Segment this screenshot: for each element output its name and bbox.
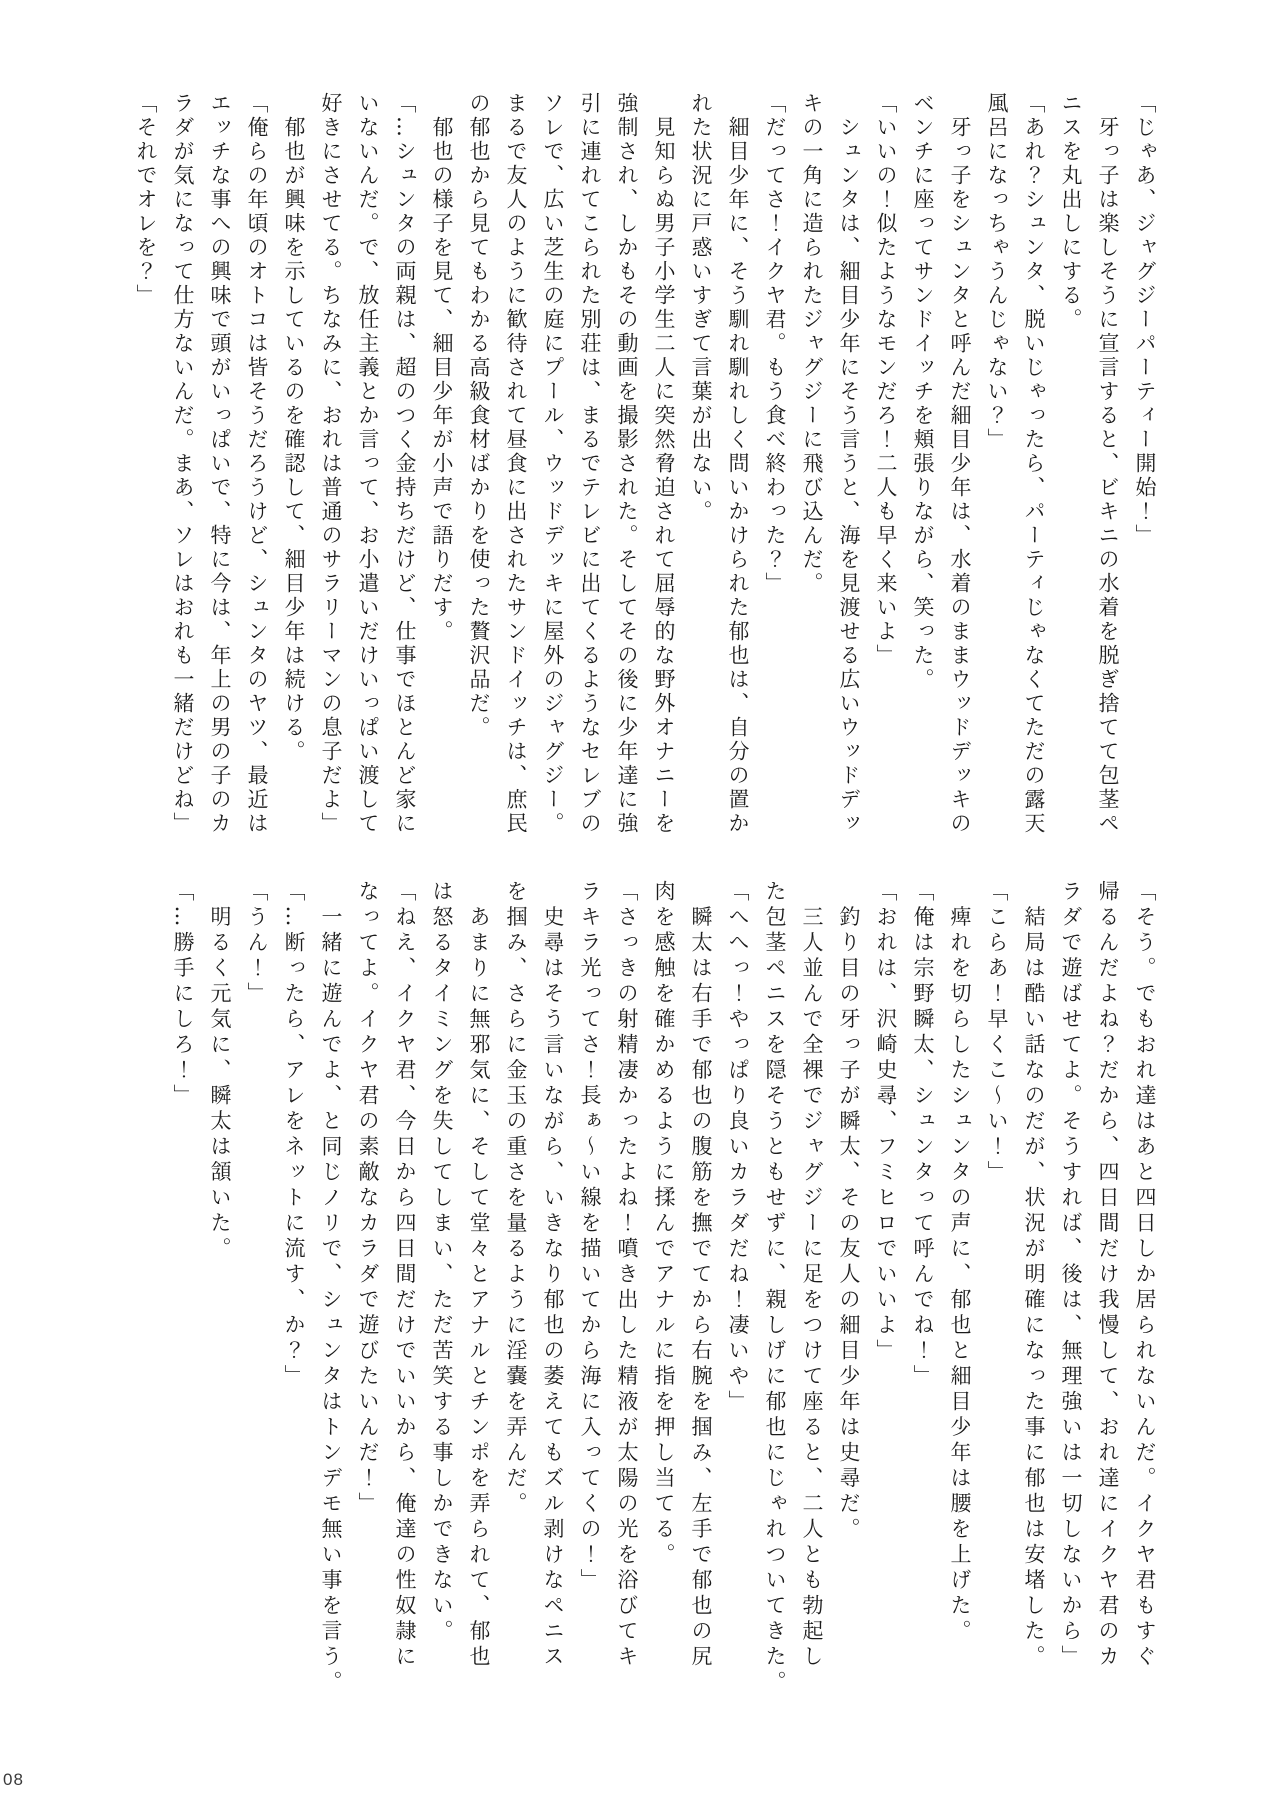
text-line: 好きにさせてる。ちなみに、おれは普通のサラリーマンの息子だよ」 xyxy=(312,92,349,874)
text-line: 「…シュンタの両親は、超のつく金持ちだけど、仕事でほとんど家に xyxy=(386,92,423,874)
vertical-text-block-bottom: 「そう。でもおれ達はあと四日しか居られないんだ。イクヤ君もすぐ帰るんだよね？だか… xyxy=(164,880,1163,1712)
vertical-text-block-top: 「じゃあ、ジャグジーパーティー開始！」 牙っ子は楽しそうに宣言すると、ビキニの水… xyxy=(127,92,1163,874)
paragraph: 「いいの！似たようなモンだろ！二人も早く来いよ」 xyxy=(867,92,904,874)
text-line: 「…断ったら、アレをネットに流す、か？」 xyxy=(275,880,312,1712)
document-page: { "document": { "page_number": "08", "to… xyxy=(0,0,1280,1807)
text-line: の郁也から見てもわかる高級食材ばかりを使った贅沢品だ。 xyxy=(460,92,497,874)
paragraph: 明るく元気に、瞬太は頷いた。 xyxy=(201,880,238,1712)
text-line: 風呂になっちゃうんじゃない？」 xyxy=(978,92,1015,874)
text-line: 「こらあ！早くこ〜い！」 xyxy=(978,880,1015,1712)
text-line: は怒るタイミングを失してしまい、ただ苦笑する事しかできない。 xyxy=(423,880,460,1712)
paragraph: あまりに無邪気に、そして堂々とアナルとチンポを弄られて、郁也は怒るタイミングを失… xyxy=(423,880,497,1712)
text-line: 史尋はそう言いながら、いきなり郁也の萎えてもズル剥けなペニス xyxy=(534,880,571,1712)
paragraph: 一緒に遊んでよ、と同じノリで、シュンタはトンデモ無い事を言う。 xyxy=(312,880,349,1712)
paragraph: 「…シュンタの両親は、超のつく金持ちだけど、仕事でほとんど家にいないんだ。で、放… xyxy=(312,92,423,874)
paragraph: 「そう。でもおれ達はあと四日しか居られないんだ。イクヤ君もすぐ帰るんだよね？だか… xyxy=(1052,880,1163,1712)
paragraph: 細目少年に、そう馴れ馴れしく問いかけられた郁也は、自分の置かれた状況に戸惑いすぎ… xyxy=(682,92,756,874)
paragraph: 釣り目の牙っ子が瞬太、その友人の細目少年は史尋だ。 xyxy=(830,880,867,1712)
paragraph: 「俺らの年頃のオトコは皆そうだろうけど、シュンタのヤツ、最近はエッチな事への興味… xyxy=(164,92,275,874)
text-line: 「だってさ！イクヤ君。もう食べ終わった？」 xyxy=(756,92,793,874)
paragraph: 「こらあ！早くこ〜い！」 xyxy=(978,880,1015,1712)
text-line: 引に連れてこられた別荘は、まるでテレビに出てくるようなセレブの xyxy=(571,92,608,874)
paragraph: 「俺は宗野瞬太、シュンタって呼んでね！」 xyxy=(904,880,941,1712)
text-line: 「あれ？シュンタ、脱いじゃったら、パーティじゃなくてただの露天 xyxy=(1015,92,1052,874)
paragraph: 見知らぬ男子小学生二人に突然脅迫されて屈辱的な野外オナニーを強制され、しかもその… xyxy=(460,92,682,874)
text-line: 「おれは、沢崎史尋、フミヒロでいいよ」 xyxy=(867,880,904,1712)
paragraph: 「だってさ！イクヤ君。もう食べ終わった？」 xyxy=(756,92,793,874)
paragraph: 瞬太は右手で郁也の腹筋を撫でてから右腕を掴み、左手で郁也の尻肉を感触を確かめるよ… xyxy=(645,880,719,1712)
text-line: 「そう。でもおれ達はあと四日しか居られないんだ。イクヤ君もすぐ xyxy=(1126,880,1163,1712)
text-line: エッチな事への興味で頭がいっぱいで、特に今は、年上の男の子のカ xyxy=(201,92,238,874)
paragraph: 「さっきの射精凄かったよね！噴き出した精液が太陽の光を浴びてキラキラ光ってさ！長… xyxy=(571,880,645,1712)
paragraph: 牙っ子をシュンタと呼んだ細目少年は、水着のままウッドデッキのベンチに座ってサンド… xyxy=(904,92,978,874)
paragraph: 「あれ？シュンタ、脱いじゃったら、パーティじゃなくてただの露天風呂になっちゃうん… xyxy=(978,92,1052,874)
text-line: ラダが気になって仕方ないんだ。まあ、ソレはおれも一緒だけどね」 xyxy=(164,92,201,874)
text-line: キの一角に造られたジャグジーに飛び込んだ。 xyxy=(793,92,830,874)
text-line: 一緒に遊んでよ、と同じノリで、シュンタはトンデモ無い事を言う。 xyxy=(312,880,349,1712)
text-line: ベンチに座ってサンドイッチを頬張りながら、笑った。 xyxy=(904,92,941,874)
text-line: 肉を感触を確かめるように揉んでアナルに指を押し当てる。 xyxy=(645,880,682,1712)
paragraph: 「おれは、沢崎史尋、フミヒロでいいよ」 xyxy=(867,880,904,1712)
text-line: れた状況に戸惑いすぎて言葉が出ない。 xyxy=(682,92,719,874)
paragraph: シュンタは、細目少年にそう言うと、海を見渡せる広いウッドデッキの一角に造られたジ… xyxy=(793,92,867,874)
text-line: 郁也の様子を見て、細目少年が小声で語りだす。 xyxy=(423,92,460,874)
paragraph: 「それでオレを？」 xyxy=(127,92,164,874)
text-line: 「いいの！似たようなモンだろ！二人も早く来いよ」 xyxy=(867,92,904,874)
text-line: 痺れを切らしたシュンタの声に、郁也と細目少年は腰を上げた。 xyxy=(941,880,978,1712)
text-line: 「うん！」 xyxy=(238,880,275,1712)
text-line: あまりに無邪気に、そして堂々とアナルとチンポを弄られて、郁也 xyxy=(460,880,497,1712)
page-number: 08 xyxy=(3,1770,24,1790)
paragraph: 「ねえ、イクヤ君、今日から四日間だけでいいから、俺達の性奴隷になってよ。イクヤ君… xyxy=(349,880,423,1712)
text-line: 牙っ子をシュンタと呼んだ細目少年は、水着のままウッドデッキの xyxy=(941,92,978,874)
paragraph: 郁也の様子を見て、細目少年が小声で語りだす。 xyxy=(423,92,460,874)
text-line: 釣り目の牙っ子が瞬太、その友人の細目少年は史尋だ。 xyxy=(830,880,867,1712)
paragraph: 結局は酷い話なのだが、状況が明確になった事に郁也は安堵した。 xyxy=(1015,880,1052,1712)
paragraph: 痺れを切らしたシュンタの声に、郁也と細目少年は腰を上げた。 xyxy=(941,880,978,1712)
text-line: 見知らぬ男子小学生二人に突然脅迫されて屈辱的な野外オナニーを xyxy=(645,92,682,874)
text-line: 三人並んで全裸でジャグジーに足をつけて座ると、二人とも勃起し xyxy=(793,880,830,1712)
text-line: た包茎ペニスを隠そうともせずに、親しげに郁也にじゃれついてきた。 xyxy=(756,880,793,1712)
text-line: 帰るんだよね？だから、四日間だけ我慢して、おれ達にイクヤ君のカ xyxy=(1089,880,1126,1712)
paragraph: 郁也が興味を示しているのを確認して、細目少年は続ける。 xyxy=(275,92,312,874)
text-line: ラダで遊ばせてよ。そうすれば、後は、無理強いは一切しないから」 xyxy=(1052,880,1089,1712)
text-line: 「ねえ、イクヤ君、今日から四日間だけでいいから、俺達の性奴隷に xyxy=(386,880,423,1712)
paragraph: 「…勝手にしろ！」 xyxy=(164,880,201,1712)
paragraph: 「…断ったら、アレをネットに流す、か？」 xyxy=(275,880,312,1712)
text-line: 強制され、しかもその動画を撮影された。そしてその後に少年達に強 xyxy=(608,92,645,874)
text-line: 「へへっ！やっぱり良いカラダだね！凄いや」 xyxy=(719,880,756,1712)
text-line: ニスを丸出しにする。 xyxy=(1052,92,1089,874)
text-line: 「俺は宗野瞬太、シュンタって呼んでね！」 xyxy=(904,880,941,1712)
text-line: 「俺らの年頃のオトコは皆そうだろうけど、シュンタのヤツ、最近は xyxy=(238,92,275,874)
text-line: 細目少年に、そう馴れ馴れしく問いかけられた郁也は、自分の置か xyxy=(719,92,756,874)
text-line: 「…勝手にしろ！」 xyxy=(164,880,201,1712)
text-line: いないんだ。で、放任主義とか言って、お小遣いだけいっぱい渡して xyxy=(349,92,386,874)
text-line: 牙っ子は楽しそうに宣言すると、ビキニの水着を脱ぎ捨てて包茎ペ xyxy=(1089,92,1126,874)
paragraph: 史尋はそう言いながら、いきなり郁也の萎えてもズル剥けなペニスを掴み、さらに金玉の… xyxy=(497,880,571,1712)
text-line: ラキラ光ってさ！長ぁ〜い線を描いてから海に入ってくの！」 xyxy=(571,880,608,1712)
text-line: なってよ。イクヤ君の素敵なカラダで遊びたいんだ！」 xyxy=(349,880,386,1712)
paragraph: 牙っ子は楽しそうに宣言すると、ビキニの水着を脱ぎ捨てて包茎ペニスを丸出しにする。 xyxy=(1052,92,1126,874)
text-line: 明るく元気に、瞬太は頷いた。 xyxy=(201,880,238,1712)
text-line: まるで友人のように歓待されて昼食に出されたサンドイッチは、庶民 xyxy=(497,92,534,874)
text-line: 瞬太は右手で郁也の腹筋を撫でてから右腕を掴み、左手で郁也の尻 xyxy=(682,880,719,1712)
text-line: 「さっきの射精凄かったよね！噴き出した精液が太陽の光を浴びてキ xyxy=(608,880,645,1712)
text-line: 「じゃあ、ジャグジーパーティー開始！」 xyxy=(1126,92,1163,874)
text-line: 郁也が興味を示しているのを確認して、細目少年は続ける。 xyxy=(275,92,312,874)
text-line: シュンタは、細目少年にそう言うと、海を見渡せる広いウッドデッ xyxy=(830,92,867,874)
text-line: 「それでオレを？」 xyxy=(127,92,164,874)
text-line: 結局は酷い話なのだが、状況が明確になった事に郁也は安堵した。 xyxy=(1015,880,1052,1712)
text-line: ソレで、広い芝生の庭にプール、ウッドデッキに屋外のジャグジー。 xyxy=(534,92,571,874)
paragraph: 「へへっ！やっぱり良いカラダだね！凄いや」 xyxy=(719,880,756,1712)
paragraph: 三人並んで全裸でジャグジーに足をつけて座ると、二人とも勃起した包茎ペニスを隠そう… xyxy=(756,880,830,1712)
paragraph: 「じゃあ、ジャグジーパーティー開始！」 xyxy=(1126,92,1163,874)
text-line: を掴み、さらに金玉の重さを量るように淫嚢を弄んだ。 xyxy=(497,880,534,1712)
paragraph: 「うん！」 xyxy=(238,880,275,1712)
